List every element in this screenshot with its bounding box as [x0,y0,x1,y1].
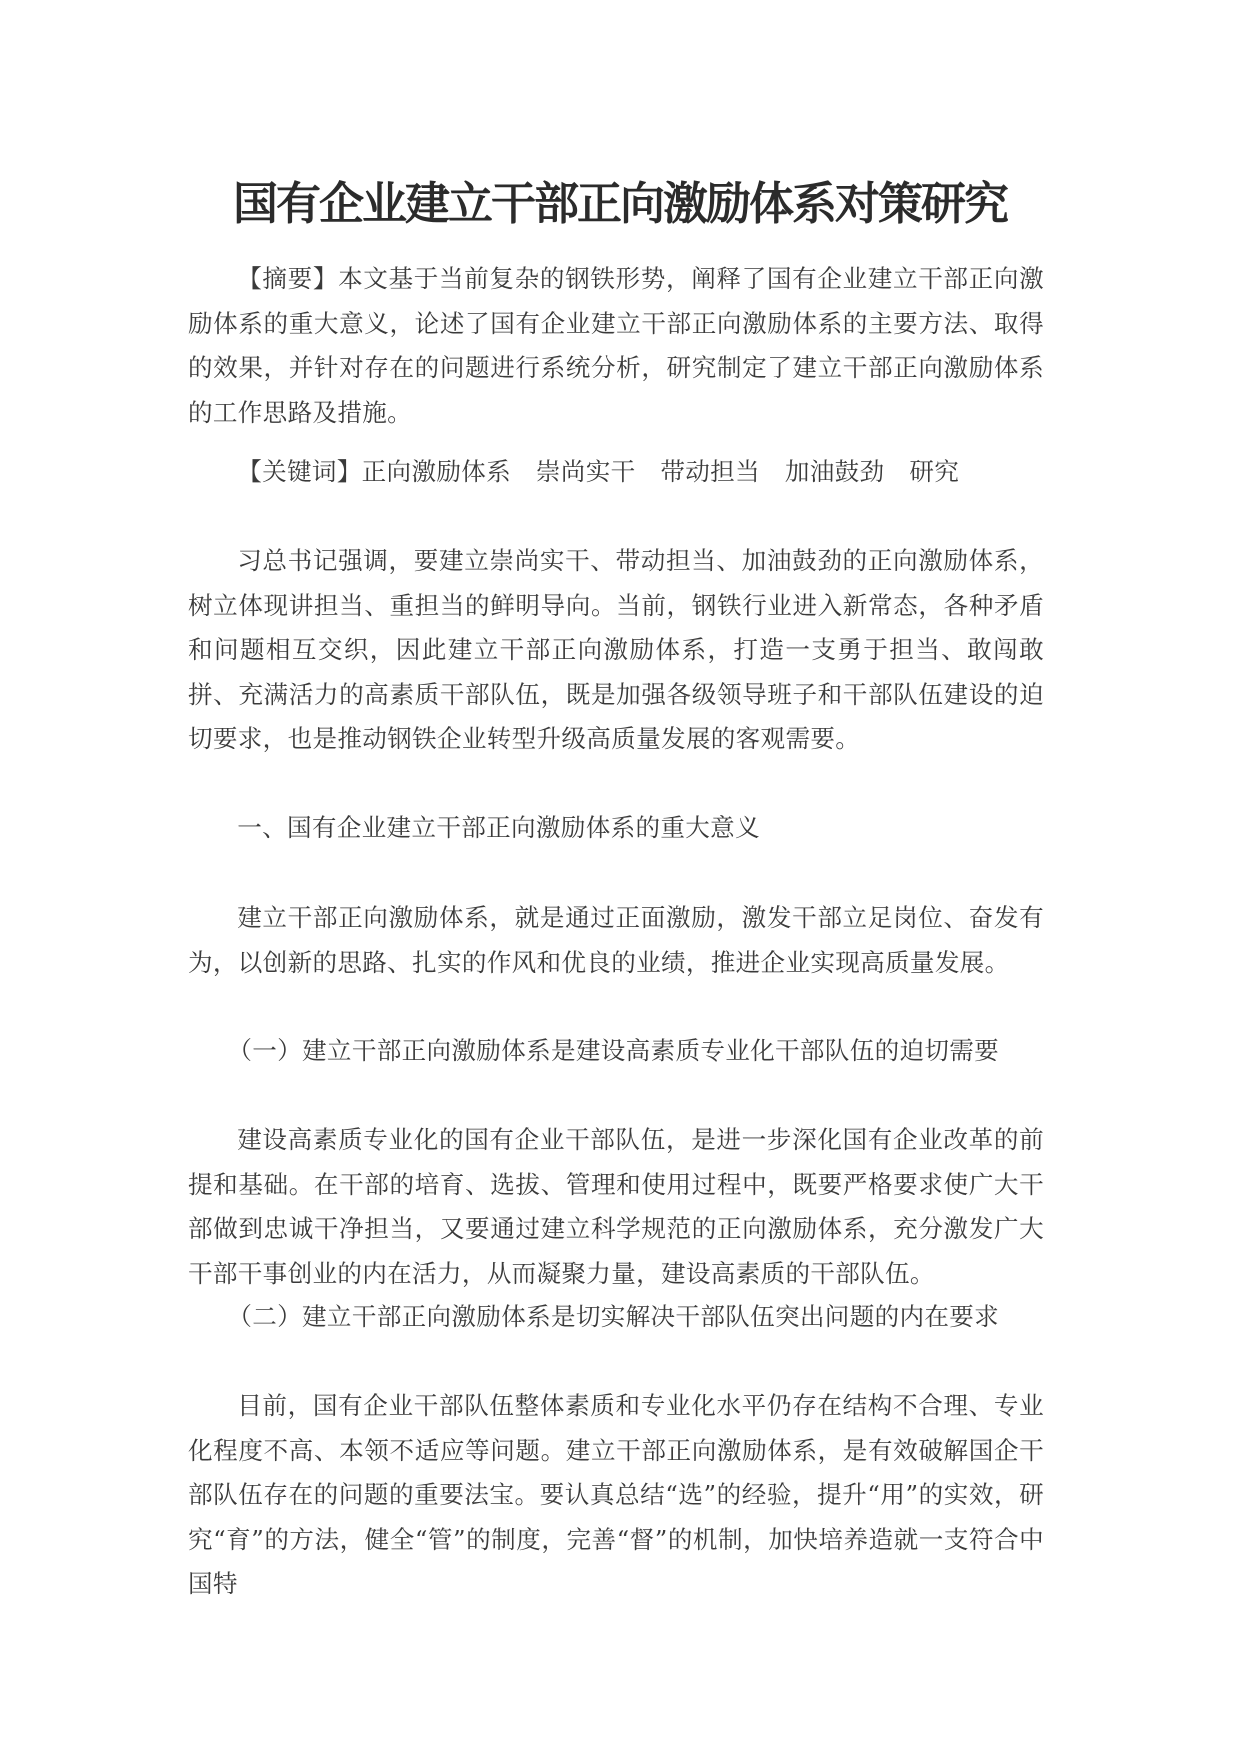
subsection-1-2-body: 目前，国有企业干部队伍整体素质和专业化水平仍存在结构不合理、专业化程度不高、本领… [188,1384,1044,1607]
keywords-paragraph: 【关键词】正向激励体系 崇尚实干 带动担当 加油鼓劲 研究 [188,450,1044,495]
section-1-body: 建立干部正向激励体系，就是通过正面激励，激发干部立足岗位、奋发有为，以创新的思路… [188,896,1044,985]
subsection-1-1-body: 建设高素质专业化的国有企业干部队伍，是进一步深化国有企业改革的前提和基础。在干部… [188,1118,1044,1296]
document-title: 国有企业建立干部正向激励体系对策研究 [0,176,1240,232]
intro-paragraph: 习总书记强调，要建立崇尚实干、带动担当、加油鼓劲的正向激励体系，树立体现讲担当、… [188,539,1044,762]
section-heading-1: 一、国有企业建立干部正向激励体系的重大意义 [188,806,1044,851]
abstract-paragraph: 【摘要】本文基于当前复杂的钢铁形势，阐释了国有企业建立干部正向激励体系的重大意义… [188,257,1044,435]
subsection-heading-1-2: （二）建立干部正向激励体系是切实解决干部队伍突出问题的内在要求 [188,1295,1044,1340]
subsection-heading-1-1: （一）建立干部正向激励体系是建设高素质专业化干部队伍的迫切需要 [188,1029,1044,1074]
